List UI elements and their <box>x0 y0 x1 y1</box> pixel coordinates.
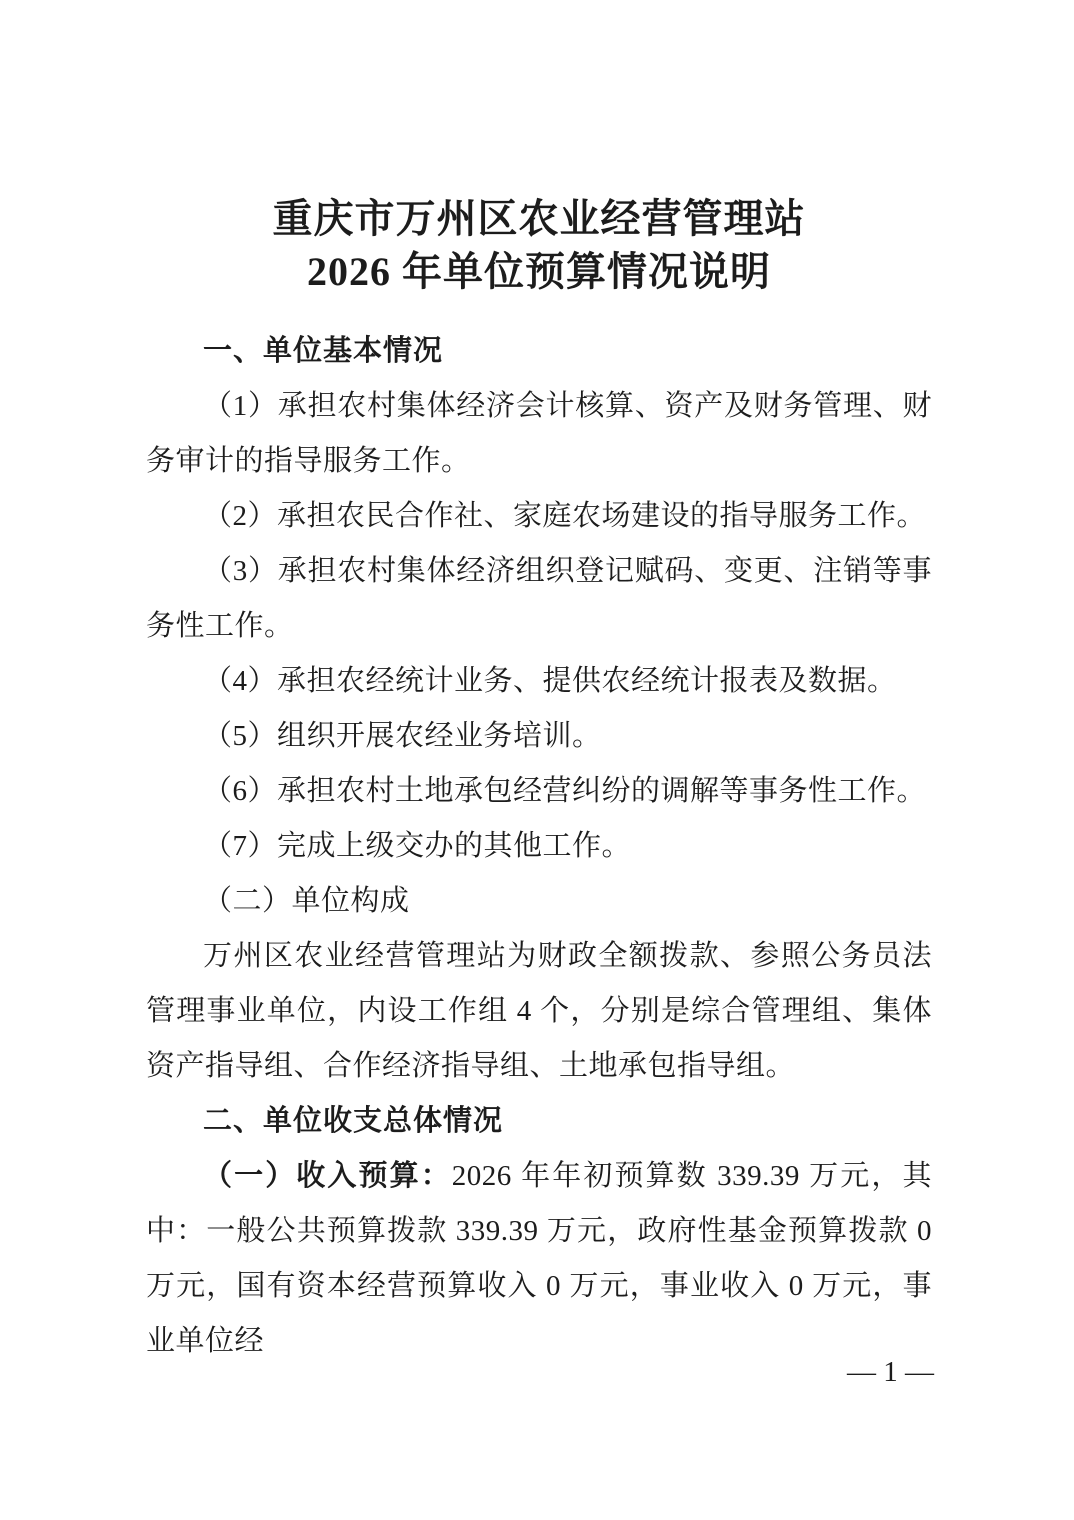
income-budget-paragraph: （一）收入预算：2026 年年初预算数 339.39 万元，其中：一般公共预算拨… <box>146 1149 932 1369</box>
section-heading-basic-info: 一、单位基本情况 <box>146 324 932 379</box>
document-title-line-1: 重庆市万州区农业经营管理站 <box>146 192 932 245</box>
unit-composition-paragraph: 万州区农业经营管理站为财政全额拨款、参照公务员法管理事业单位，内设工作组 4 个… <box>146 929 932 1094</box>
duty-item-5: （5）组织开展农经业务培训。 <box>146 709 932 764</box>
subsection-heading-unit-composition: （二）单位构成 <box>146 874 932 929</box>
duty-item-2: （2）承担农民合作社、家庭农场建设的指导服务工作。 <box>146 489 932 544</box>
document-page: 重庆市万州区农业经营管理站 2026 年单位预算情况说明 一、单位基本情况 （1… <box>0 0 1074 1520</box>
document-title-line-2: 2026 年单位预算情况说明 <box>146 245 932 298</box>
duty-item-7: （7）完成上级交办的其他工作。 <box>146 819 932 874</box>
duty-item-1: （1）承担农村集体经济会计核算、资产及财务管理、财务审计的指导服务工作。 <box>146 379 932 489</box>
duty-item-4: （4）承担农经统计业务、提供农经统计报表及数据。 <box>146 654 932 709</box>
duty-item-6: （6）承担农村土地承包经营纠纷的调解等事务性工作。 <box>146 764 932 819</box>
section-heading-budget-overview: 二、单位收支总体情况 <box>146 1094 932 1149</box>
duty-item-3: （3）承担农村集体经济组织登记赋码、变更、注销等事务性工作。 <box>146 544 932 654</box>
income-budget-lead-in: （一）收入预算： <box>203 1160 452 1192</box>
page-number: — 1 — <box>847 1352 934 1392</box>
document-title: 重庆市万州区农业经营管理站 2026 年单位预算情况说明 <box>146 192 932 298</box>
